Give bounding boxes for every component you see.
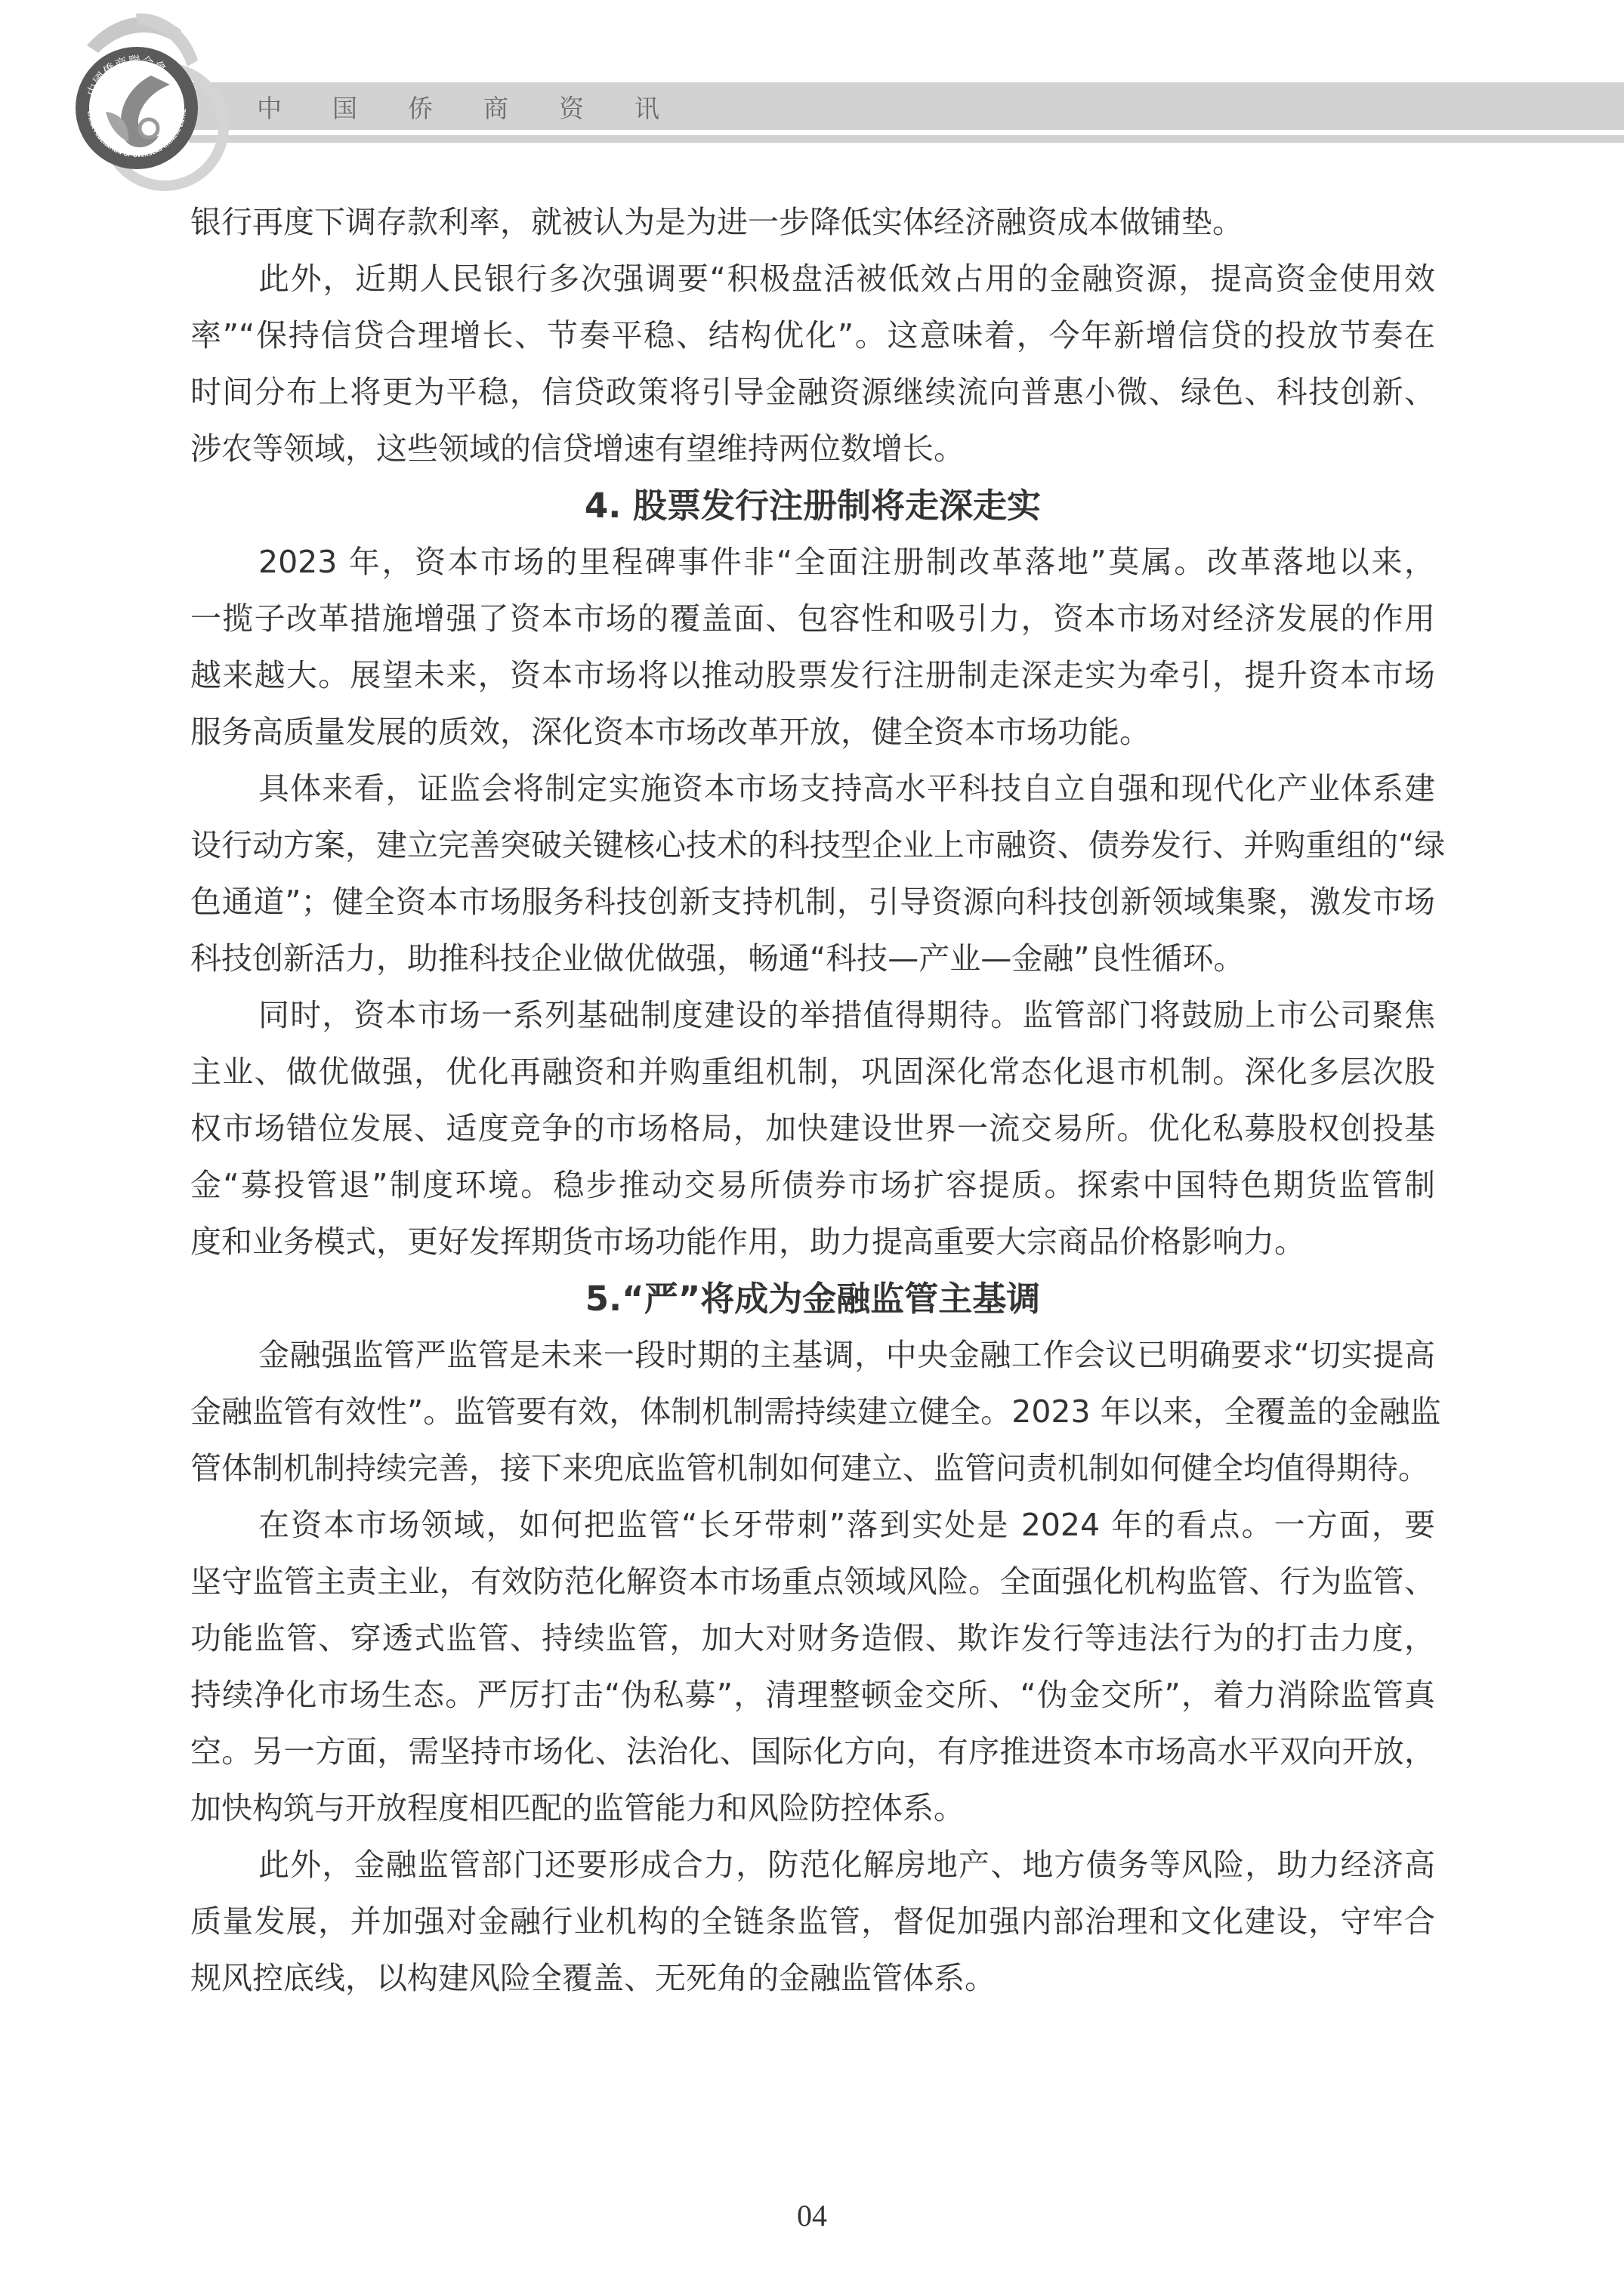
paragraph: 同时，资本市场一系列基础制度建设的举措值得期待。监管部门将鼓励上市公司聚焦 主业… <box>190 987 1435 1270</box>
text-line: 此外，近期人民银行多次强调要“积极盘活被低效占用的金融资源，提高资金使用效 <box>190 251 1435 307</box>
text-line: 越来越大。展望未来，资本市场将以推动股票发行注册制走深走实为牵引，提升资本市场 <box>190 647 1435 704</box>
text-line: 加快构筑与开放程度相匹配的监管能力和风险防控体系。 <box>190 1780 1435 1837</box>
section-heading: 5.“严”将成为金融监管主基调 <box>190 1270 1435 1327</box>
text-line: 金“募投管退”制度环境。稳步推动交易所债券市场扩容提质。探索中国特色期货监管制 <box>190 1157 1435 1214</box>
publication-title-char: 侨 <box>408 89 483 125</box>
page-number: 04 <box>0 2198 1624 2233</box>
publication-title-char: 国 <box>332 89 408 125</box>
text-line: 规风控底线，以构建风险全覆盖、无死角的金融监管体系。 <box>190 1950 1435 2007</box>
text-line: 质量发展，并加强对金融行业机构的全链条监管，督促加强内部治理和文化建设，守牢合 <box>190 1893 1435 1950</box>
paragraph: 2023 年，资本市场的里程碑事件非“全面注册制改革落地”莫属。改革落地以来， … <box>190 534 1435 761</box>
publication-title-char: 资 <box>559 89 634 125</box>
text-line: 具体来看，证监会将制定实施资本市场支持高水平科技自立自强和现代化产业体系建 <box>190 761 1435 817</box>
paragraph: 银行再度下调存款利率，就被认为是为进一步降低实体经济融资成本做铺垫。 <box>190 194 1435 251</box>
text-line: 在资本市场领域，如何把监管“长牙带刺”落到实处是 2024 年的看点。一方面，要 <box>190 1497 1435 1554</box>
text-line: 金融强监管严监管是未来一段时期的主基调，中央金融工作会议已明确要求“切实提高 <box>190 1327 1435 1384</box>
text-line: 科技创新活力，助推科技企业做优做强，畅通“科技—产业—金融”良性循环。 <box>190 930 1435 987</box>
paragraph: 具体来看，证监会将制定实施资本市场支持高水平科技自立自强和现代化产业体系建 设行… <box>190 761 1435 987</box>
text-line: 坚守监管主责主业，有效防范化解资本市场重点领域风险。全面强化机构监管、行为监管、 <box>190 1554 1435 1610</box>
publication-title-char: 商 <box>483 89 559 125</box>
text-line: 2023 年，资本市场的里程碑事件非“全面注册制改革落地”莫属。改革落地以来， <box>190 534 1435 591</box>
header-underline <box>189 135 1624 143</box>
text-line: 空。另一方面，需坚持市场化、法治化、国际化方向，有序推进资本市场高水平双向开放， <box>190 1724 1435 1780</box>
text-line: 一揽子改革措施增强了资本市场的覆盖面、包容性和吸引力，资本市场对经济发展的作用 <box>190 591 1435 647</box>
text-line: 率”“保持信贷合理增长、节奏平稳、结构优化”。这意味着，今年新增信贷的投放节奏在 <box>190 307 1435 364</box>
text-line: 功能监管、穿透式监管、持续监管，加大对财务造假、欺诈发行等违法行为的打击力度， <box>190 1610 1435 1667</box>
text-line: 设行动方案，建立完善突破关键核心技术的科技型企业上市融资、债券发行、并购重组的“… <box>190 817 1435 874</box>
text-line: 主业、做优做强，优化再融资和并购重组机制，巩固深化常态化退市机制。深化多层次股 <box>190 1044 1435 1100</box>
paragraph: 金融强监管严监管是未来一段时期的主基调，中央金融工作会议已明确要求“切实提高 金… <box>190 1327 1435 1497</box>
text-line: 银行再度下调存款利率，就被认为是为进一步降低实体经济融资成本做铺垫。 <box>190 194 1435 251</box>
paragraph: 此外，金融监管部门还要形成合力，防范化解房地产、地方债务等风险，助力经济高 质量… <box>190 1837 1435 2007</box>
text-line: 涉农等领域，这些领域的信贷增速有望维持两位数增长。 <box>190 421 1435 477</box>
section-heading: 4. 股票发行注册制将走深走实 <box>190 477 1435 534</box>
article-body: 银行再度下调存款利率，就被认为是为进一步降低实体经济融资成本做铺垫。 此外，近期… <box>190 194 1435 2007</box>
paragraph: 在资本市场领域，如何把监管“长牙带刺”落到实处是 2024 年的看点。一方面，要… <box>190 1497 1435 1837</box>
publication-title: 中 国 侨 商 资 讯 <box>257 88 710 125</box>
text-line: 度和业务模式，更好发挥期货市场功能作用，助力提高重要大宗商品价格影响力。 <box>190 1214 1435 1270</box>
text-line: 管体制机制持续完善，接下来兜底监管机制如何建立、监管问责机制如何健全均值得期待。 <box>190 1440 1435 1497</box>
publication-title-char: 中 <box>257 89 332 125</box>
text-line: 同时，资本市场一系列基础制度建设的举措值得期待。监管部门将鼓励上市公司聚焦 <box>190 987 1435 1044</box>
text-line: 持续净化市场生态。严厉打击“伪私募”，清理整顿金交所、“伪金交所”，着力消除监管… <box>190 1667 1435 1724</box>
federation-logo-icon: 中國僑商聯合會 CHINA FEDERATION OF OVERSEAS CHI… <box>45 0 249 196</box>
text-line: 金融监管有效性”。监管要有效，体制机制需持续建立健全。2023 年以来，全覆盖的… <box>190 1384 1435 1440</box>
publication-title-char: 讯 <box>634 89 710 125</box>
text-line: 权市场错位发展、适度竞争的市场格局，加快建设世界一流交易所。优化私募股权创投基 <box>190 1100 1435 1157</box>
text-line: 色通道”；健全资本市场服务科技创新支持机制，引导资源向科技创新领域集聚，激发市场 <box>190 874 1435 930</box>
paragraph: 此外，近期人民银行多次强调要“积极盘活被低效占用的金融资源，提高资金使用效 率”… <box>190 251 1435 477</box>
text-line: 服务高质量发展的质效，深化资本市场改革开放，健全资本市场功能。 <box>190 704 1435 761</box>
text-line: 时间分布上将更为平稳，信贷政策将引导金融资源继续流向普惠小微、绿色、科技创新、 <box>190 364 1435 421</box>
text-line: 此外，金融监管部门还要形成合力，防范化解房地产、地方债务等风险，助力经济高 <box>190 1837 1435 1893</box>
